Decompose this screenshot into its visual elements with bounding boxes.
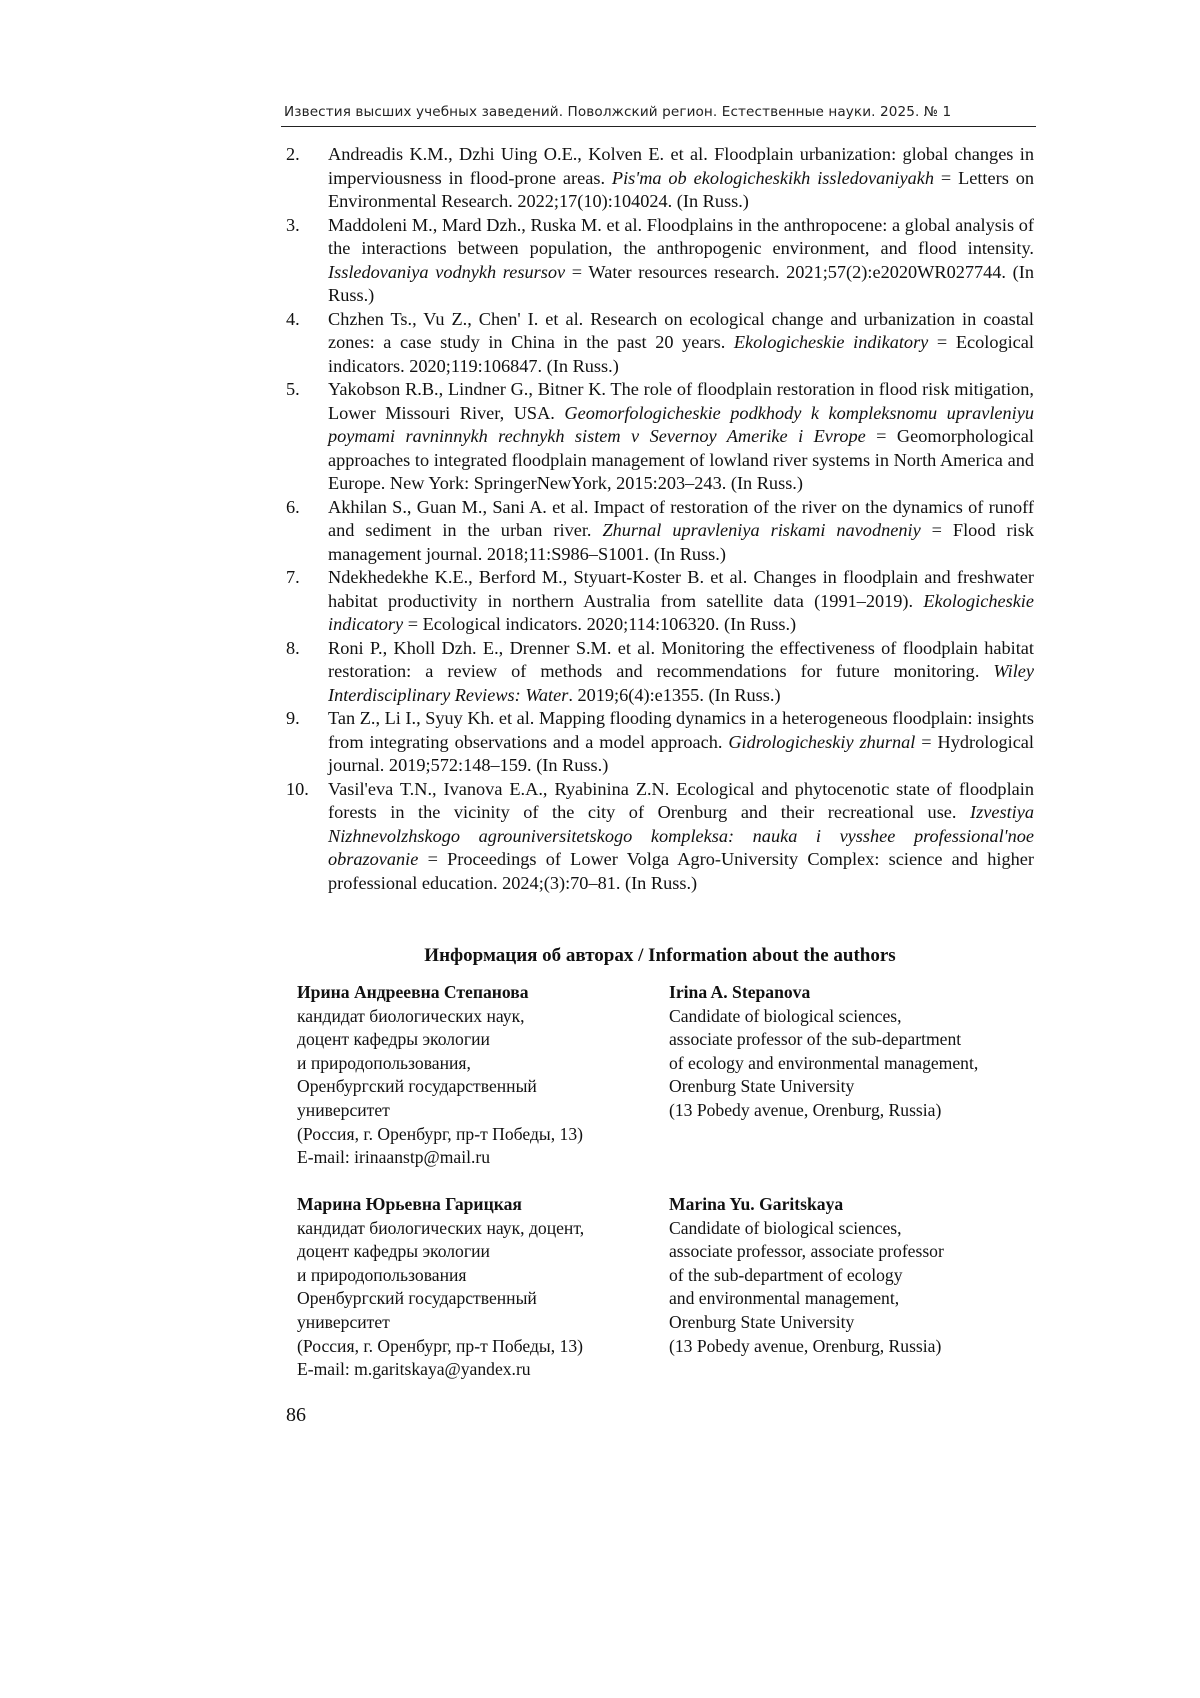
author-detail-line: доцент кафедры экологии [297,1240,584,1264]
author-name: Ирина Андреевна Степанова [297,981,583,1005]
reference-number: 6. [286,496,328,567]
journal-title: Pis'ma ob ekologicheskikh issledovani­ya… [612,168,934,188]
journal-title: Wiley Interdisciplinary Reviews: Water [328,661,1034,705]
author-detail-line: Orenburg State University [669,1075,978,1099]
reference-item: 8.Roni P., Kholl Dzh. E., Drenner S.M. e… [286,637,1034,708]
reference-item: 7.Ndekhedekhe K.E., Berford M., Styuart-… [286,566,1034,637]
author-detail-line: of ecology and environmental management, [669,1052,978,1076]
journal-title: Izvestiya Nizhnevolzhskogo agrouniversit… [328,802,1034,869]
reference-item: 2.Andreadis K.M., Dzhi Uing O.E., Kolven… [286,143,1034,214]
reference-text: Akhilan S., Guan M., Sani A. et al. Impa… [328,496,1034,567]
reference-item: 4.Chzhen Ts., Vu Z., Chen' I. et al. Res… [286,308,1034,379]
author-detail-line: и природопользования [297,1264,584,1288]
author-detail-line: associate professor, associate professor [669,1240,944,1264]
authors-section-title: Информация об авторах / Information abou… [0,945,1200,967]
reference-text: Vasil'eva T.N., Ivanova E.A., Ryabinina … [328,778,1034,896]
author-detail-line: associate professor of the sub-departmen… [669,1028,978,1052]
author-name: Марина Юрьевна Гарицкая [297,1193,584,1217]
author-name: Irina A. Stepanova [669,981,978,1005]
reference-item: 5.Yakobson R.B., Lindner G., Bitner K. T… [286,378,1034,496]
reference-text: Roni P., Kholl Dzh. E., Drenner S.M. et … [328,637,1034,708]
author-detail-line: Оренбургский государственный [297,1287,584,1311]
reference-number: 10. [286,778,328,896]
reference-number: 3. [286,214,328,308]
page-number: 86 [286,1404,306,1427]
reference-number: 7. [286,566,328,637]
running-head: Известия высших учебных заведений. Повол… [284,104,1034,120]
author-detail-line: доцент кафедры экологии [297,1028,583,1052]
author-2-ru: Марина Юрьевна Гарицкая кандидат биологи… [297,1193,584,1382]
reference-text: Maddoleni M., Mard Dzh., Ruska M. et al.… [328,214,1034,308]
author-detail-line: E-mail: irinaanstp@mail.ru [297,1146,583,1170]
journal-title: Gidrologicheskiy zhurnal [728,732,915,752]
reference-number: 5. [286,378,328,496]
author-detail-line: (13 Pobedy avenue, Orenburg, Russia) [669,1099,978,1123]
reference-number: 2. [286,143,328,214]
author-detail-line: E-mail: m.garitskaya@yandex.ru [297,1358,584,1382]
journal-page: Известия высших учебных заведений. Повол… [0,0,1200,1698]
reference-item: 9.Tan Z., Li I., Syuy Kh. et al. Mapping… [286,707,1034,778]
author-detail-line: и природопользования, [297,1052,583,1076]
author-1-ru: Ирина Андреевна Степанова кандидат биоло… [297,981,583,1170]
author-details: Candidate of biological sciences,associa… [669,1217,944,1359]
reference-text: Ndekhedekhe K.E., Berford M., Styuart-Ko… [328,566,1034,637]
author-detail-line: Orenburg State University [669,1311,944,1335]
author-detail-line: (Россия, г. Оренбург, пр-т Победы, 13) [297,1123,583,1147]
reference-number: 8. [286,637,328,708]
author-details: кандидат биологических наук, доцент,доце… [297,1217,584,1382]
author-detail-line: (13 Pobedy avenue, Orenburg, Russia) [669,1335,944,1359]
author-detail-line: университет [297,1099,583,1123]
reference-text: Yakobson R.B., Lindner G., Bitner K. The… [328,378,1034,496]
reference-item: 6.Akhilan S., Guan M., Sani A. et al. Im… [286,496,1034,567]
author-detail-line: кандидат биологических наук, [297,1005,583,1029]
reference-text: Tan Z., Li I., Syuy Kh. et al. Mapping f… [328,707,1034,778]
reference-item: 10.Vasil'eva T.N., Ivanova E.A., Ryabini… [286,778,1034,896]
author-details: кандидат биологических наук,доцент кафед… [297,1005,583,1170]
author-detail-line: of the sub-department of ecology [669,1264,944,1288]
author-detail-line: Candidate of biological sciences, [669,1217,944,1241]
reference-item: 3.Maddoleni M., Mard Dzh., Ruska M. et a… [286,214,1034,308]
author-details: Candidate of biological sciences,associa… [669,1005,978,1123]
author-detail-line: and environmental management, [669,1287,944,1311]
journal-title: Issledovaniya vodnykh resursov [328,262,565,282]
author-detail-line: Candidate of biological sciences, [669,1005,978,1029]
author-1-en: Irina A. Stepanova Candidate of biologic… [669,981,978,1123]
journal-title: Ekologicheskie indikatory [734,332,928,352]
author-name: Marina Yu. Garitskaya [669,1193,944,1217]
reference-text: Andreadis K.M., Dzhi Uing O.E., Kolven E… [328,143,1034,214]
author-detail-line: (Россия, г. Оренбург, пр-т Победы, 13) [297,1335,584,1359]
journal-title: Zhurnal upravleniya riskami navodneniy [602,520,920,540]
reference-number: 9. [286,707,328,778]
reference-number: 4. [286,308,328,379]
author-detail-line: университет [297,1311,584,1335]
author-detail-line: Оренбургский государственный [297,1075,583,1099]
header-rule [281,126,1036,127]
author-detail-line: кандидат биологических наук, доцент, [297,1217,584,1241]
journal-title: Ekologicheskie indicatory [328,591,1034,635]
author-2-en: Marina Yu. Garitskaya Candidate of biolo… [669,1193,944,1358]
reference-text: Chzhen Ts., Vu Z., Chen' I. et al. Resea… [328,308,1034,379]
journal-title: Geomorfologicheskie podkhody k kom­pleks… [328,403,1034,447]
reference-list: 2.Andreadis K.M., Dzhi Uing O.E., Kolven… [286,143,1034,895]
